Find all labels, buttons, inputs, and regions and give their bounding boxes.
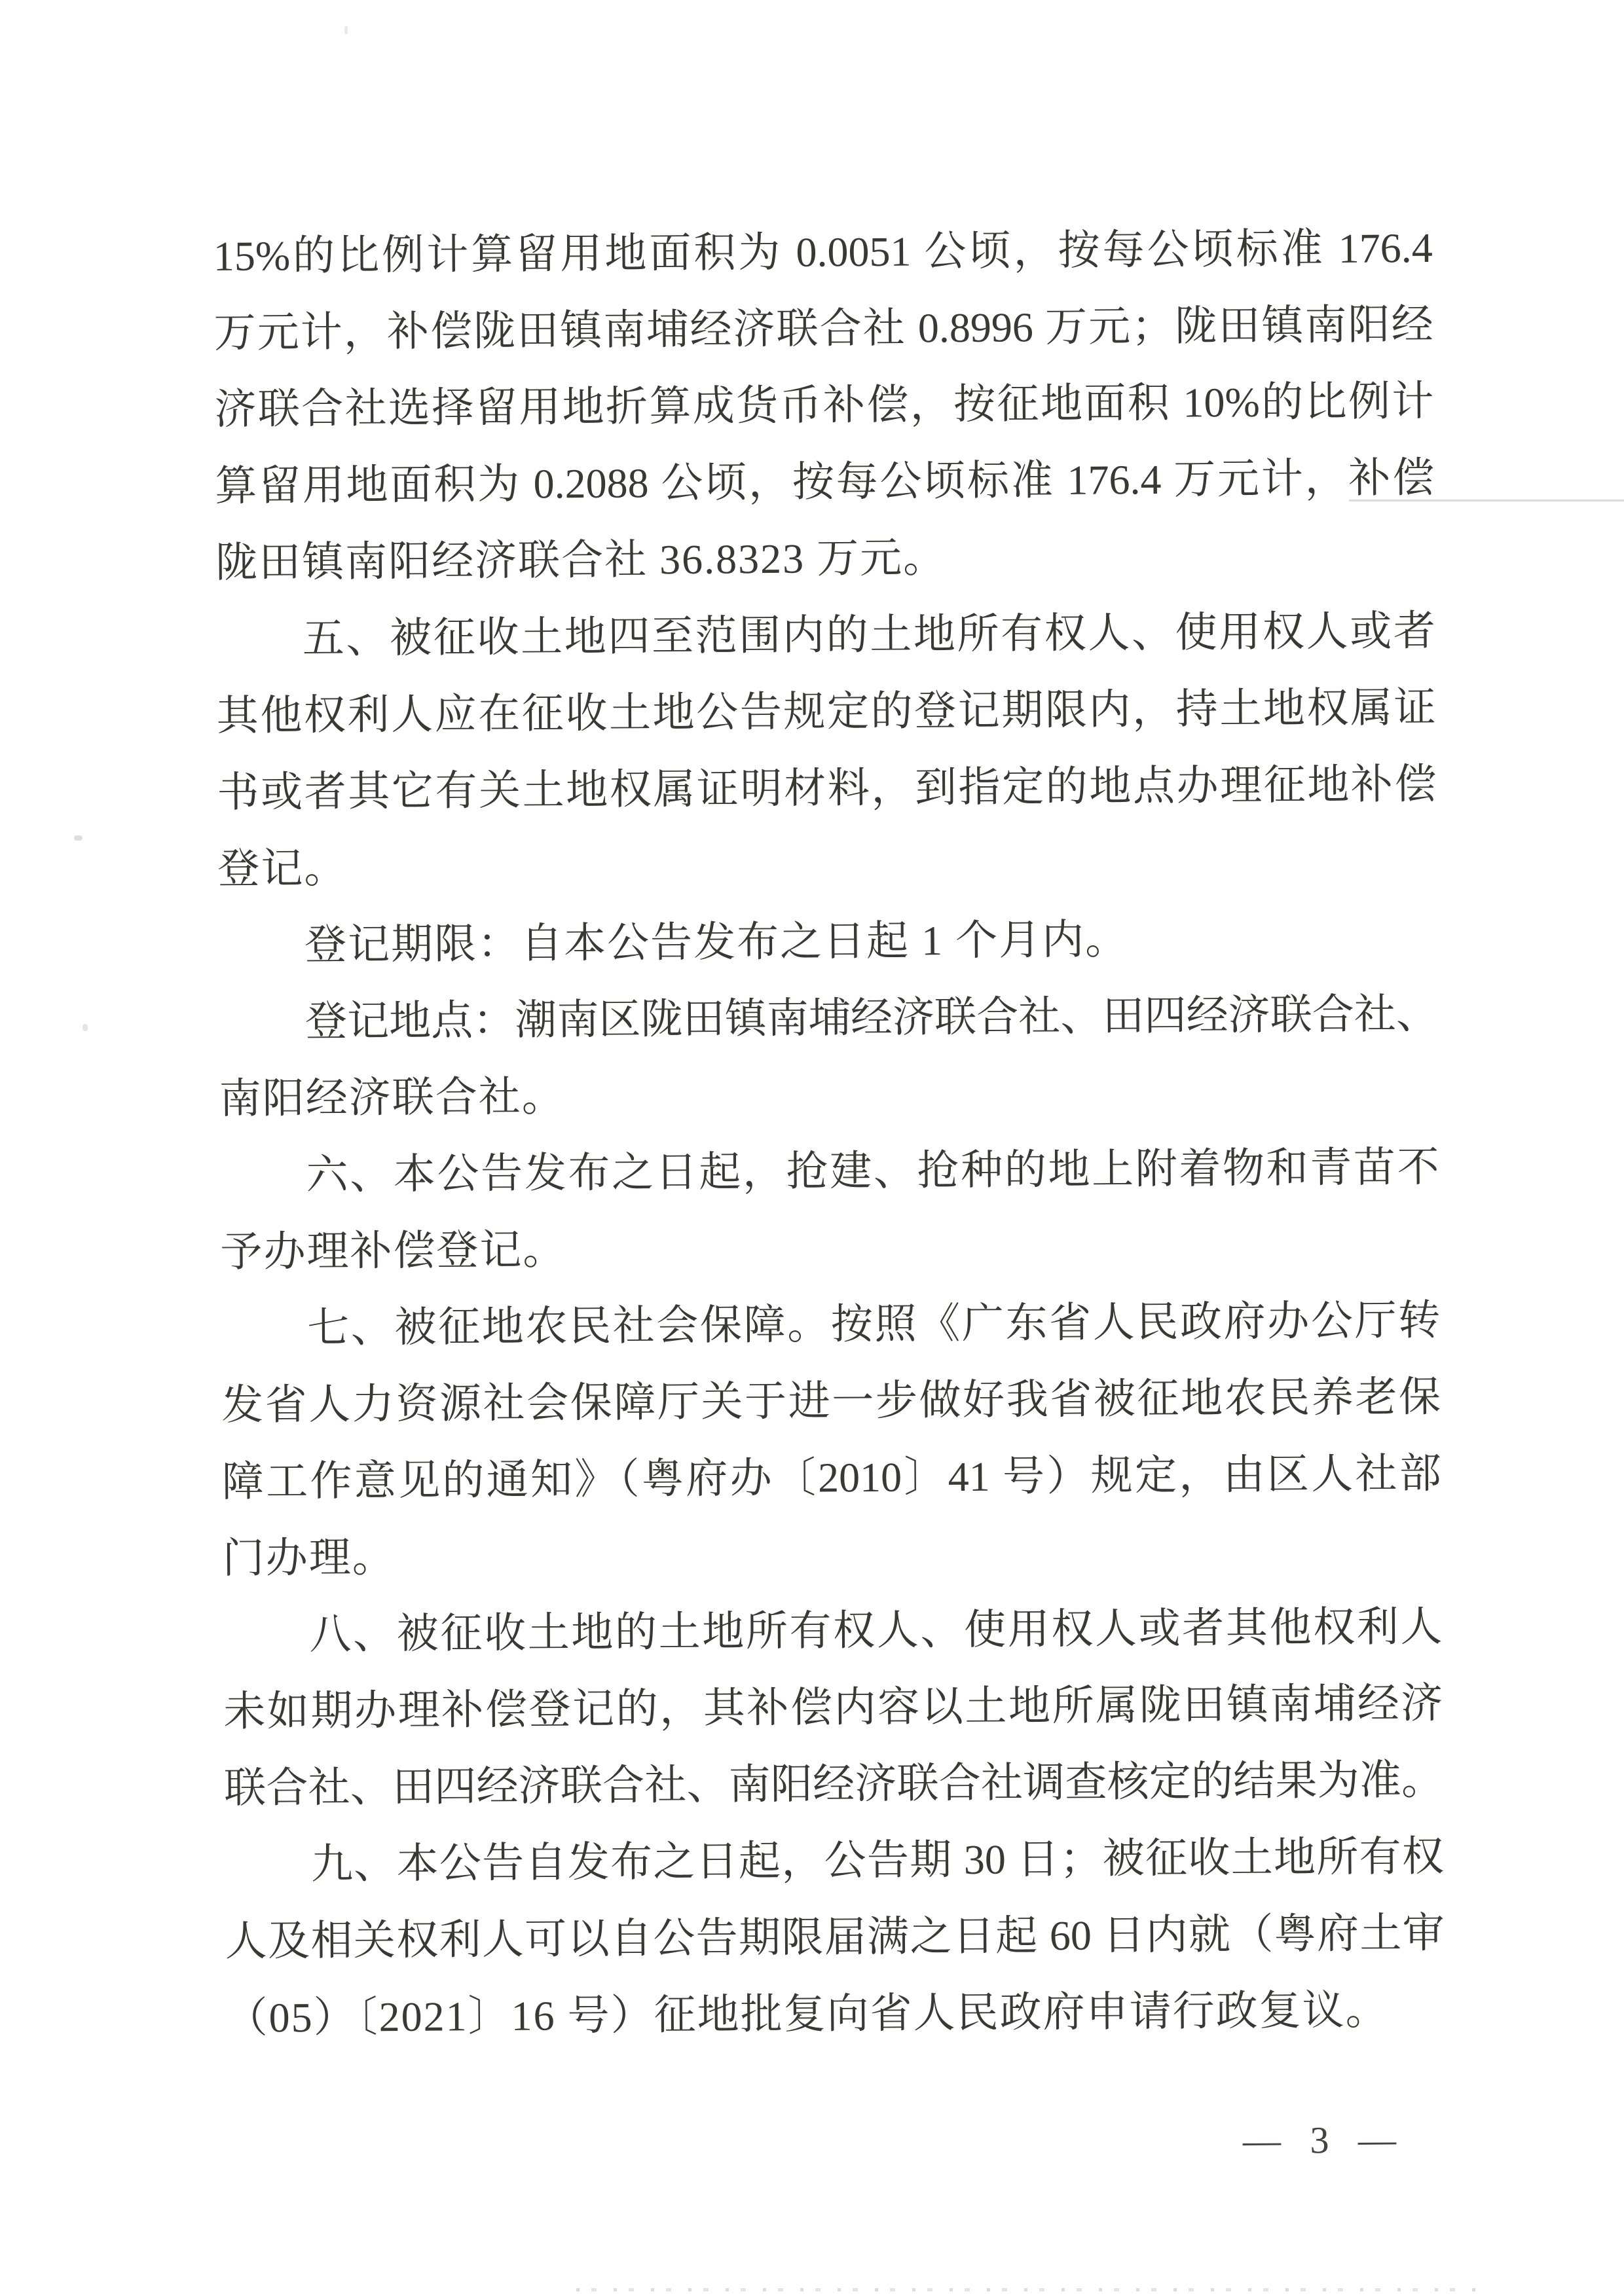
document-line: 予办理补偿登记。 [220,1205,1440,1290]
document-line: 六、本公告发布之日起，抢建、抢种的地上附着物和青苗不 [219,1129,1439,1214]
document-line: （05）〔2021〕16 号）征地批复向省人民政府申请行政复议。 [225,1971,1445,2056]
document-line: 登记期限：自本公告发布之日起 1 个月内。 [218,899,1438,984]
document-line: 书或者其它有关土地权属证明材料，到指定的地点办理征地补偿 [217,746,1437,831]
document-line: 其他权利人应在征收土地公告规定的登记期限内，持土地权属证 [216,669,1436,754]
document-line: 济联合社选择留用地折算成货币补偿，按征地面积 10%的比例计 [214,363,1434,448]
document-line: 未如期办理补偿登记的，其补偿内容以土地所属陇田镇南埔经济 [223,1665,1443,1750]
document-line: 障工作意见的通知》（粤府办〔2010〕41 号）规定，由区人社部 [221,1435,1441,1520]
document-line: 门办理。 [222,1512,1442,1597]
document-line: 南阳经济联合社。 [219,1052,1439,1137]
document-line: 七、被征地农民社会保障。按照《广东省人民政府办公厅转 [221,1282,1441,1367]
document-line: 登记地点：潮南区陇田镇南埔经济联合社、田四经济联合社、 [219,975,1439,1061]
document-line: 15%的比例计算留用地面积为 0.0051 公顷，按每公顷标准 176.4 [213,210,1433,295]
document-line: 人及相关权利人可以自公告期限届满之日起 60 日内就（粤府土审 [225,1895,1445,1980]
page-number: — 3 — [1243,2121,1396,2160]
document-line: 联合社、田四经济联合社、南阳经济联合社调查核定的结果为准。 [224,1741,1444,1827]
scanned-document-page: 15%的比例计算留用地面积为 0.0051 公顷，按每公顷标准 176.4万元计… [0,0,1624,2296]
document-line: 五、被征收土地四至范围内的土地所有权人、使用权人或者 [215,592,1435,678]
document-line: 登记。 [217,822,1437,907]
document-line: 发省人力资源社会保障厅关于进一步做好我省被征地农民养老保 [221,1358,1441,1444]
document-line: 万元计，补偿陇田镇南埔经济联合社 0.8996 万元；陇田镇南阳经 [213,286,1433,371]
scan-content: 15%的比例计算留用地面积为 0.0051 公顷，按每公顷标准 176.4万元计… [0,0,1624,2296]
document-line: 八、被征收土地的土地所有权人、使用权人或者其他权利人 [223,1588,1443,1673]
document-body: 15%的比例计算留用地面积为 0.0051 公顷，按每公顷标准 176.4万元计… [213,210,1445,2056]
page-number-value: 3 [1310,2119,1329,2161]
document-line: 九、本公告自发布之日起，公告期 30 日；被征收土地所有权 [225,1818,1445,1903]
page-number-dash-left: — [1243,2119,1281,2162]
document-line: 算留用地面积为 0.2088 公顷，按每公顷标准 176.4 万元计，补偿 [215,439,1435,524]
page-number-dash-right: — [1358,2118,1396,2160]
document-line: 陇田镇南阳经济联合社 36.8323 万元。 [215,516,1435,601]
